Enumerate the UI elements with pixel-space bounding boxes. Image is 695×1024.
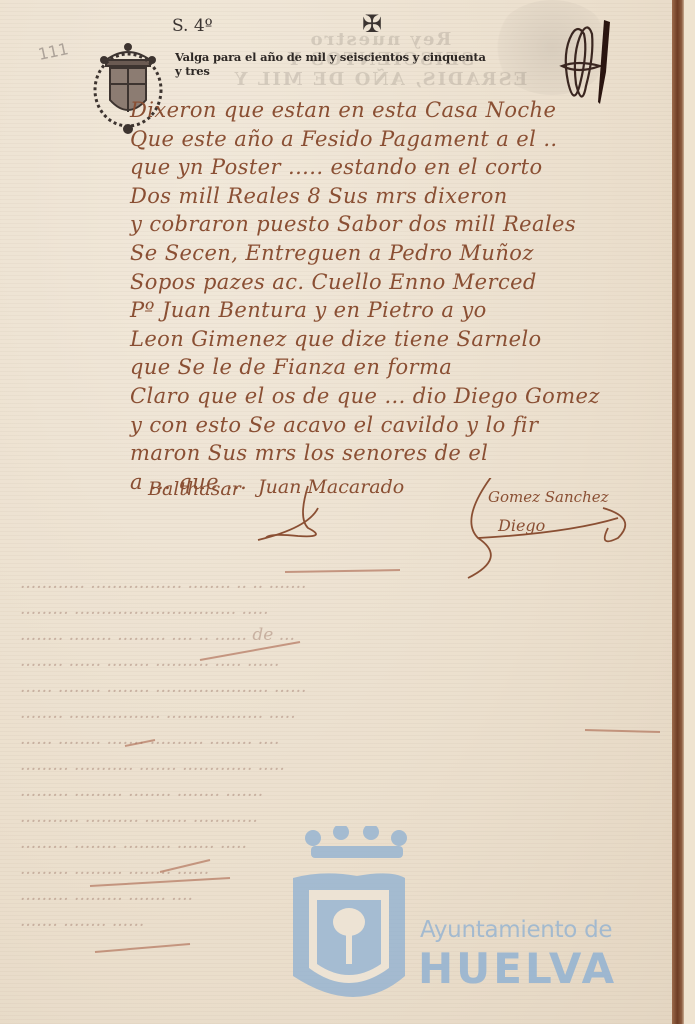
manuscript-line: Que este año a Fesido Pagament a el .. — [130, 125, 670, 154]
stamp-text-line1: Valga para el año de mil y seiscientos y… — [175, 50, 555, 64]
watermark-ayuntamiento-text: Ayuntamiento de — [420, 917, 612, 943]
manuscript-line: Claro que el os de que ... dio Diego Gom… — [130, 382, 670, 411]
manuscript-line: maron Sus mrs los senores de el — [130, 439, 670, 468]
manuscript-line: Dos mill Reales 8 Sus mrs dixeron — [130, 182, 670, 211]
stamp-text-line2: y tres — [175, 64, 555, 78]
signature-diego: Diego — [498, 516, 545, 535]
book-spine-shadow — [672, 0, 684, 1024]
stamp-printed-text: Valga para el año de mil y seiscientos y… — [175, 50, 555, 78]
manuscript-body: Dixeron que estan en esta Casa Noche Que… — [130, 96, 670, 496]
manuscript-line: que yn Poster ..... estando en el corto — [130, 153, 670, 182]
manuscript-line: Se Secen, Entreguen a Pedro Muñoz — [130, 239, 670, 268]
stamp-seal-class: S. 4º — [172, 16, 213, 36]
manuscript-line: y con esto Se acavo el cavildo y lo fir — [130, 411, 670, 440]
margin-pencil-mark: 111 — [36, 39, 70, 64]
signature-juan-macarado: Juan Macarado — [258, 476, 404, 498]
manuscript-line: que Se le de Fianza en forma — [130, 353, 670, 382]
manuscript-line: Dixeron que estan en esta Casa Noche — [130, 96, 670, 125]
cross-icon: ✠ — [362, 10, 382, 38]
adjacent-page-edge — [684, 0, 695, 1024]
manuscript-line: Pº Juan Bentura y en Pietro a yo — [130, 296, 670, 325]
manuscript-line: Leon Gimenez que dize tiene Sarnelo — [130, 325, 670, 354]
watermark-huelva-text: HUELVA — [418, 944, 617, 993]
signature-gomez-sanchez: Gomez Sanchez — [488, 488, 609, 506]
manuscript-page: Rey nuestro SEISCIENTOS Y ESRADIS, AÑO D… — [0, 0, 672, 1024]
signature-balthasar: Balthasar — [148, 478, 241, 500]
manuscript-line: y cobraron puesto Sabor dos mill Reales — [130, 210, 670, 239]
manuscript-line: Sopos pazes ac. Cuello Enno Merced — [130, 268, 670, 297]
